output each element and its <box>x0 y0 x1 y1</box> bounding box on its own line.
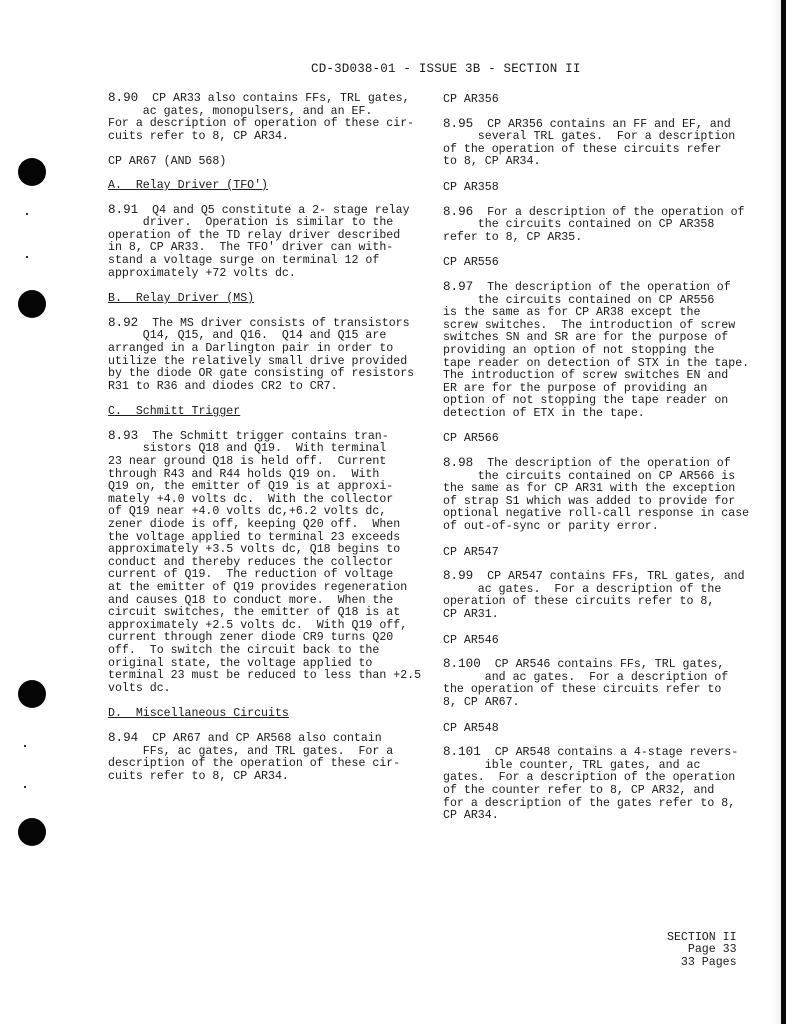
punch-hole <box>18 680 46 708</box>
scan-edge-strip <box>781 0 786 1024</box>
left-column: 8.90 CP AR33 also contains FFs, TRL gate… <box>108 92 438 796</box>
footer-total: 33 Pages <box>681 956 737 969</box>
paragraph-8-94: 8.94 CP AR67 and CP AR568 also contain F… <box>108 732 438 783</box>
paragraph-8-92: 8.92 The MS driver consists of transisto… <box>108 317 438 394</box>
paragraph-number: 8.94 <box>108 731 138 745</box>
right-column: CP AR356 8.95 CP AR356 contains an FF an… <box>443 94 763 836</box>
paragraph-number: 8.98 <box>443 456 473 470</box>
heading-relay-driver-tfo: A. Relay Driver (TFO') <box>108 180 438 193</box>
paragraph-8-99: 8.99 CP AR547 contains FFs, TRL gates, a… <box>443 570 763 621</box>
heading-misc-circuits: D. Miscellaneous Circuits <box>108 708 438 721</box>
paragraph-number: 8.93 <box>108 429 138 443</box>
paragraph-8-96: 8.96 For a description of the operation … <box>443 206 763 245</box>
paragraph-number: 8.90 <box>108 91 138 105</box>
scan-speck <box>26 256 28 258</box>
subtitle-cp-ar556: CP AR556 <box>443 257 763 270</box>
paragraph-8-90: 8.90 CP AR33 also contains FFs, TRL gate… <box>108 92 438 143</box>
subtitle-cp-ar546: CP AR546 <box>443 635 763 648</box>
heading-schmitt-trigger: C. Schmitt Trigger <box>108 406 438 419</box>
scan-speck <box>26 213 28 215</box>
paragraph-number: 8.92 <box>108 316 138 330</box>
paragraph-8-97: 8.97 The description of the operation of… <box>443 281 763 421</box>
paragraph-8-95: 8.95 CP AR356 contains an FF and EF, and… <box>443 118 763 169</box>
subtitle-cp-ar548: CP AR548 <box>443 723 763 736</box>
subtitle-cp-ar67: CP AR67 (AND 568) <box>108 156 438 169</box>
paragraph-number: 8.97 <box>443 280 473 294</box>
paragraph-8-98: 8.98 The description of the operation of… <box>443 457 763 534</box>
subtitle-cp-ar566: CP AR566 <box>443 433 763 446</box>
scan-speck <box>24 745 26 747</box>
paragraph-8-101: 8.101 CP AR548 contains a 4-stage revers… <box>443 746 763 823</box>
paragraph-number: 8.99 <box>443 569 473 583</box>
paragraph-number: 8.95 <box>443 117 473 131</box>
footer-section: SECTION II <box>667 931 737 944</box>
document-header: CD-3D038-01 - ISSUE 3B - SECTION II <box>311 62 581 76</box>
paragraph-number: 8.96 <box>443 205 473 219</box>
paragraph-8-100: 8.100 CP AR546 contains FFs, TRL gates, … <box>443 658 763 709</box>
page-edge-shadow <box>771 0 781 1024</box>
paragraph-8-91: 8.91 Q4 and Q5 constitute a 2- stage rel… <box>108 204 438 281</box>
paragraph-number: 8.91 <box>108 203 138 217</box>
page-footer: SECTION II Page 33 33 Pages <box>667 932 737 969</box>
scan-speck <box>24 786 26 788</box>
subtitle-cp-ar358: CP AR358 <box>443 182 763 195</box>
subtitle-cp-ar547: CP AR547 <box>443 547 763 560</box>
paragraph-number: 8.101 <box>443 745 481 759</box>
punch-hole <box>18 290 46 318</box>
subtitle-cp-ar356: CP AR356 <box>443 94 763 107</box>
paragraph-8-93: 8.93 The Schmitt trigger contains tran- … <box>108 430 438 695</box>
heading-relay-driver-ms: B. Relay Driver (MS) <box>108 293 438 306</box>
paragraph-number: 8.100 <box>443 657 481 671</box>
punch-hole <box>18 818 46 846</box>
punch-hole <box>18 158 46 186</box>
footer-page: Page 33 <box>688 943 737 956</box>
